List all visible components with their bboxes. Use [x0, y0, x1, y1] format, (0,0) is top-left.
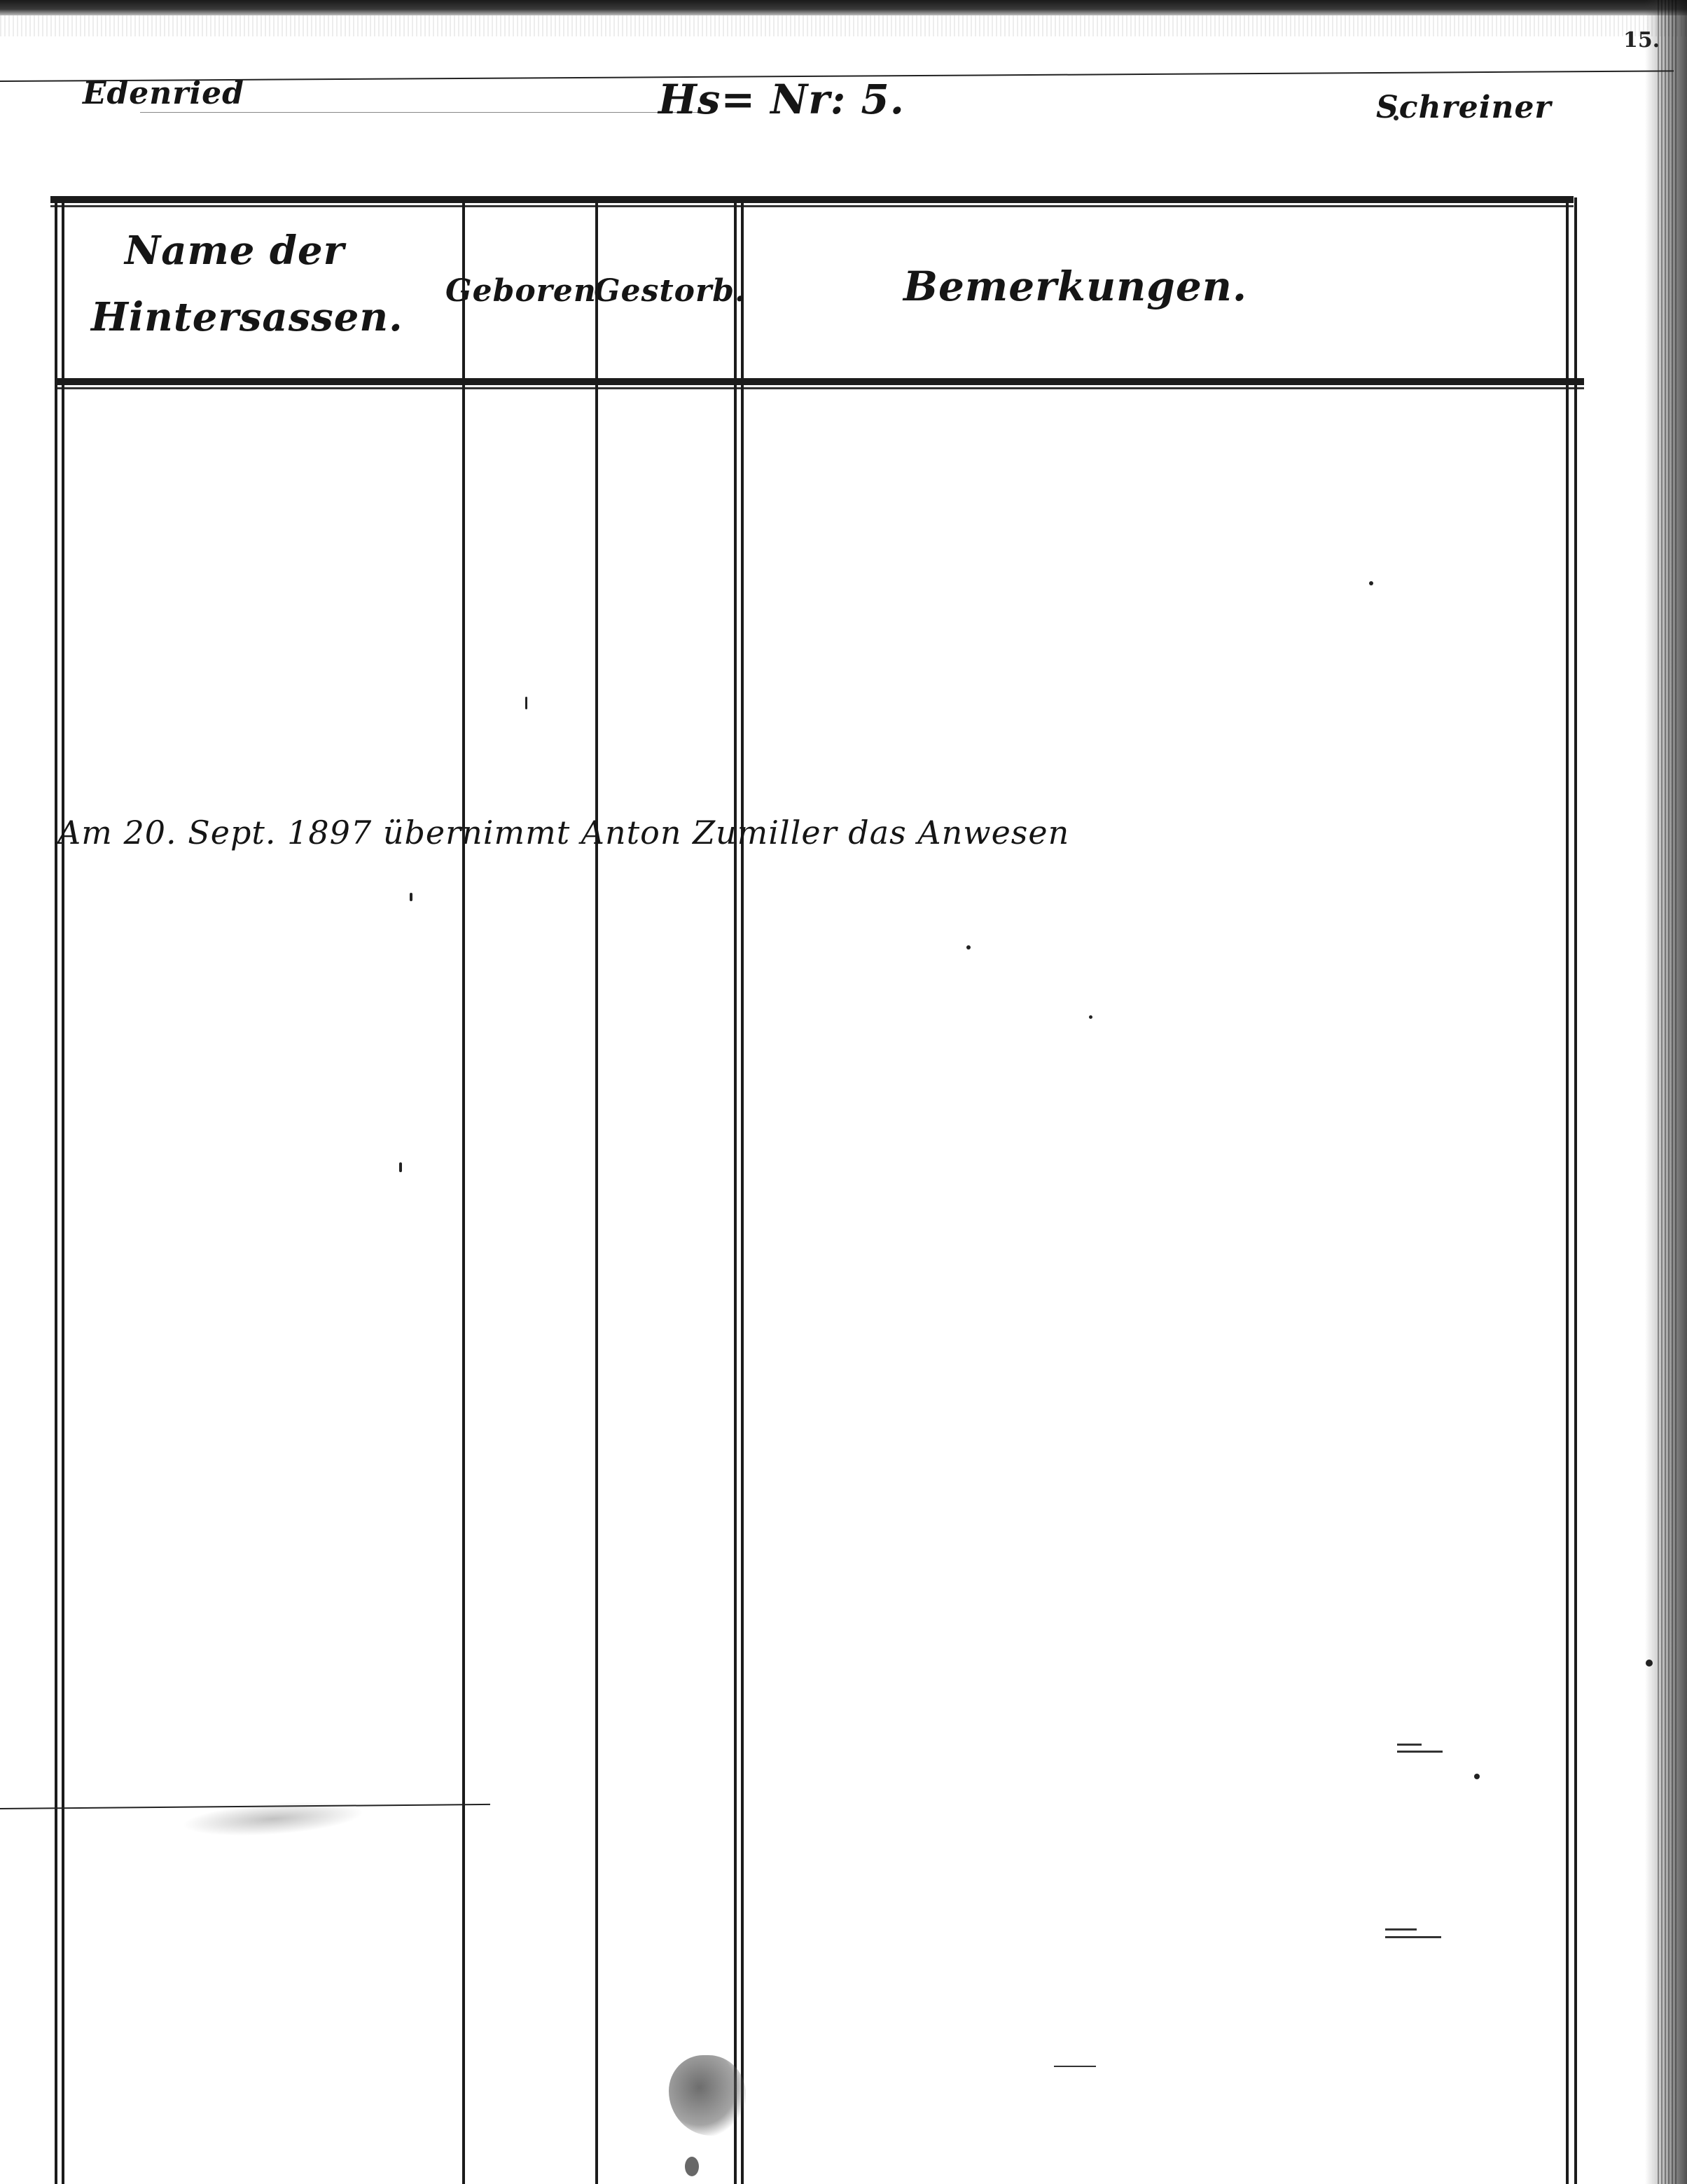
speck [399, 1162, 402, 1172]
speck [525, 697, 527, 709]
speck [1369, 581, 1373, 585]
column-rule-3-inner [741, 197, 744, 2184]
header-occupation: Schreiner [1376, 90, 1552, 125]
speck [410, 893, 412, 901]
column-header-died: Gestorb. [594, 273, 746, 309]
binding-shadow-lines [1658, 0, 1677, 2184]
table-header-separator-inner [57, 387, 1584, 389]
table-top-border-inner [50, 205, 1574, 207]
column-header-remarks: Bemerkungen. [903, 263, 1247, 310]
table-left-border-outer [55, 197, 57, 2184]
speck [1394, 116, 1398, 120]
stray-mark [1385, 1928, 1417, 1931]
table-right-border-inner [1574, 197, 1577, 2184]
column-rule-2 [595, 197, 598, 2184]
column-header-name-line1: Name der [125, 228, 345, 274]
ink-stain [669, 2055, 746, 2136]
entry-remark: Am 20. Sept. 1897 übernimmt Anton Zumill… [57, 814, 1069, 851]
header-place: Edenried [83, 76, 244, 111]
column-rule-1 [462, 197, 465, 2184]
table-right-border-outer [1566, 197, 1569, 2184]
header-dotted-rule [140, 112, 700, 113]
speck [1646, 1660, 1653, 1667]
column-header-name-line2: Hintersassen. [91, 294, 403, 340]
stray-mark [1397, 1751, 1443, 1753]
scan-top-edge [0, 0, 1687, 15]
column-header-born: Geboren [445, 273, 597, 309]
ink-spot [685, 2157, 699, 2176]
header-house-number: Hs= Nr: 5. [658, 76, 905, 123]
smudge [181, 1797, 366, 1841]
table-header-separator [57, 378, 1584, 385]
stray-mark [1054, 2066, 1096, 2067]
speck [1474, 1774, 1480, 1779]
page-number: 15. [1623, 28, 1660, 53]
scan-top-grain [0, 15, 1687, 36]
speck [966, 945, 971, 950]
table-left-border-inner [62, 197, 64, 2184]
table-top-border [50, 196, 1574, 203]
stray-mark [1385, 1936, 1441, 1938]
speck [1089, 1015, 1092, 1019]
column-rule-3-outer [734, 197, 737, 2184]
stray-mark [1397, 1744, 1422, 1746]
